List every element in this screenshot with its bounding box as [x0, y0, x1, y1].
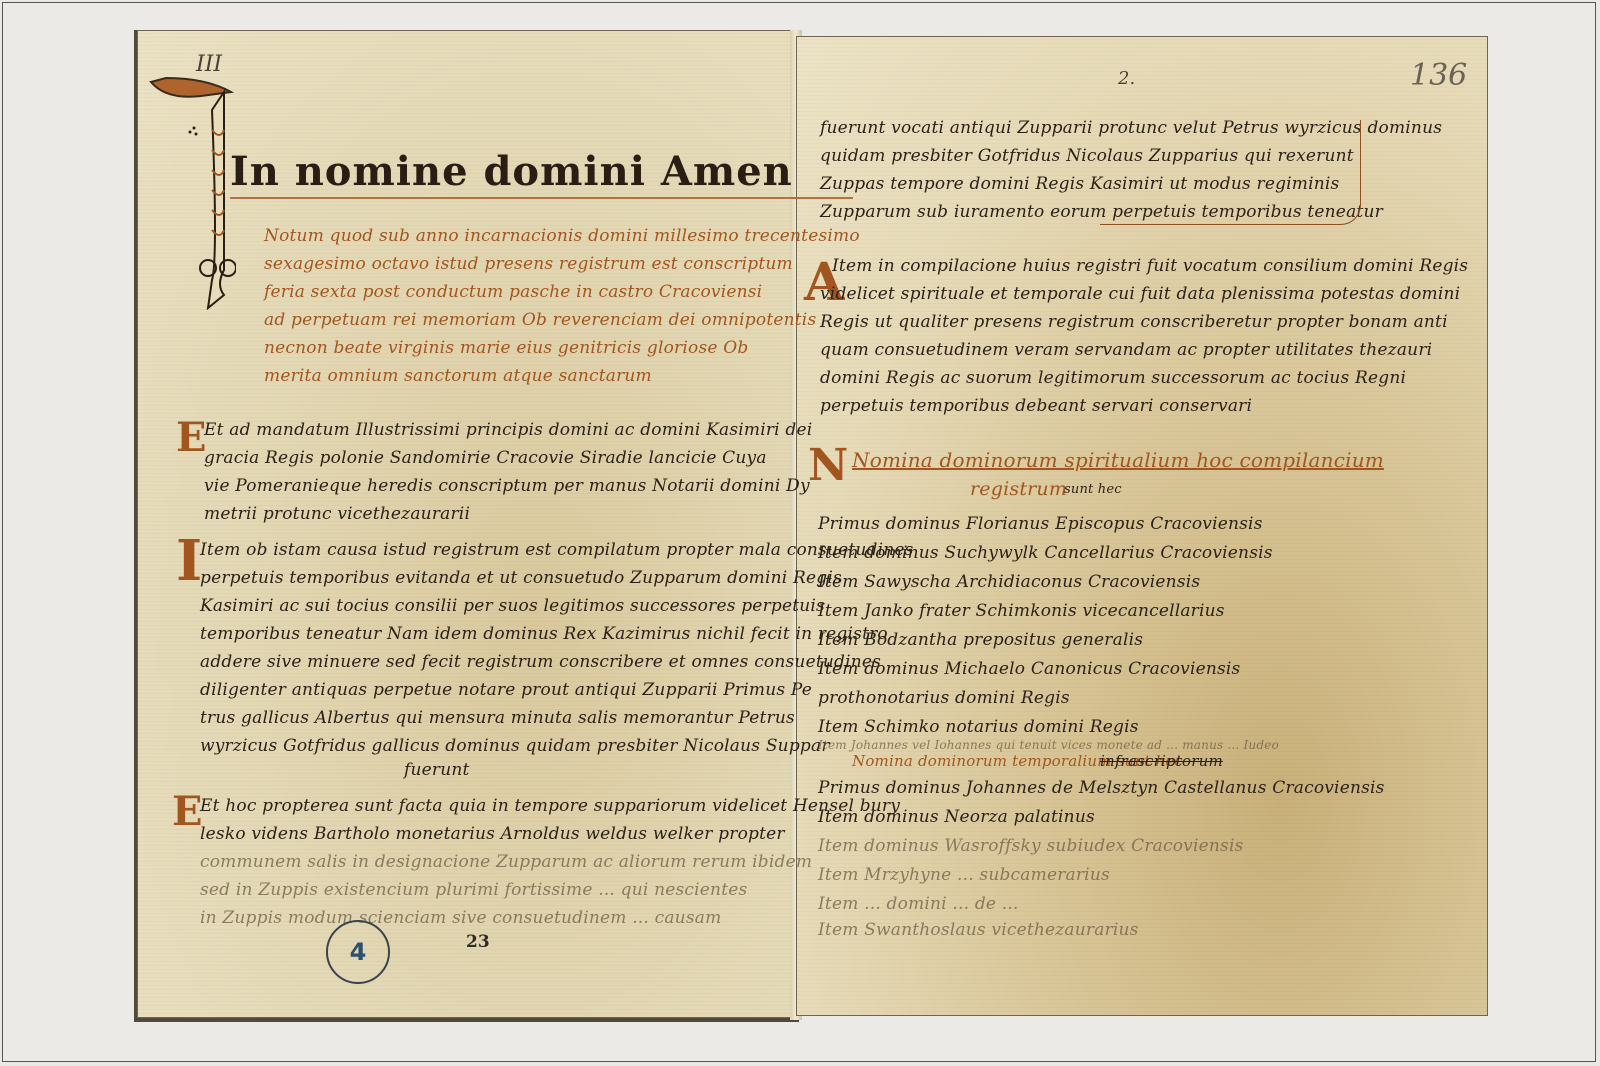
text-line: sed in Zuppis existencium plurimi fortis… [200, 880, 747, 900]
rubricated-initial-E: E [176, 414, 207, 461]
list-item: Primus dominus Florianus Episcopus Craco… [818, 514, 1263, 534]
text-line: necnon beate virginis marie eius genitri… [264, 338, 748, 358]
text-line: fuerunt [404, 760, 470, 780]
struck-word: infrascriptorum [1100, 752, 1223, 770]
text-line: lesko videns Bartholo monetarius Arnoldu… [200, 824, 785, 844]
rubricated-initial-E: E [172, 788, 203, 835]
text-line: Et hoc propterea sunt facta quia in temp… [200, 796, 900, 816]
text-line: Et ad mandatum Illustrissimi principis d… [204, 420, 812, 440]
stamp-mark: 4 [350, 938, 367, 966]
spiritual-heading-suffix: sunt hec [1064, 482, 1122, 497]
text-line: trus gallicus Albertus qui mensura minut… [200, 708, 795, 728]
text-line: quam consuetudinem veram servandam ac pr… [820, 340, 1432, 360]
text-line: perpetuis temporibus evitanda et ut cons… [200, 568, 842, 588]
list-item: Item Bodzantha prepositus generalis [818, 630, 1143, 650]
text-line: Item in compilacione huius registri fuit… [832, 256, 1468, 276]
text-line: merita omnium sanctorum atque sanctarum [264, 366, 652, 386]
list-item: Item dominus Suchywylk Cancellarius Crac… [818, 543, 1273, 563]
list-item: Item Janko frater Schimkonis vicecancell… [818, 601, 1225, 621]
folio-number: 136 [1410, 58, 1467, 93]
text-line: diligenter antiquas perpetue notare prou… [200, 680, 812, 700]
text-line: perpetuis temporibus debeant servari con… [820, 396, 1252, 416]
invocation-heading: In nomine domini Amen [230, 148, 853, 199]
text-line: Kasimiri ac sui tocius consilii per suos… [200, 596, 825, 616]
list-item: Item Mrzyhyne ... subcamerarius [818, 865, 1110, 885]
text-line: Item ob istam causa istud registrum est … [200, 540, 914, 560]
list-item: Item dominus Wasroffsky subiudex Cracovi… [818, 836, 1244, 856]
library-stamp: 4 [326, 920, 390, 984]
list-item: Item Sawyscha Archidiaconus Cracoviensis [818, 572, 1200, 592]
list-item: Item Schimko notarius domini Regis [818, 717, 1139, 737]
text-line: wyrzicus Gotfridus gallicus dominus quid… [200, 736, 830, 756]
text-line: temporibus teneatur Nam idem dominus Rex… [200, 624, 888, 644]
text-line: metrii protunc vicethezaurarii [204, 504, 470, 524]
list-item: Primus dominus Johannes de Melsztyn Cast… [818, 778, 1385, 798]
spiritual-heading: Nomina dominorum spiritualium hoc compil… [852, 448, 1384, 472]
text-line: in Zuppis modum scienciam sive consuetud… [200, 908, 721, 928]
text-line: ad perpetuam rei memoriam Ob reverenciam… [264, 310, 816, 330]
page-number: 23 [466, 932, 490, 952]
text-line: vie Pomeranieque heredis conscriptum per… [204, 476, 810, 496]
list-item: prothonotarius domini Regis [818, 688, 1070, 708]
list-item: Item Swanthoslaus vicethezaurarius [818, 920, 1139, 940]
text-line: videlicet spirituale et temporale cui fu… [820, 284, 1460, 304]
text-line: communem salis in designacione Zupparum … [200, 852, 812, 872]
text-line: Notum quod sub anno incarnacionis domini… [264, 226, 860, 246]
marginal-note: 2. [1118, 68, 1135, 89]
text-line: feria sexta post conductum pasche in cas… [264, 282, 762, 302]
list-item: Item ... domini ... de ... [818, 894, 1019, 914]
decorated-initial-I-icon [146, 70, 236, 310]
text-line: Regis ut qualiter presens registrum cons… [820, 312, 1448, 332]
paragraph-bracket [1100, 120, 1361, 225]
text-line: gracia Regis polonie Sandomirie Cracovie… [204, 448, 767, 468]
spiritual-heading-line2: registrum [970, 478, 1067, 500]
list-item: Item dominus Neorza palatinus [818, 807, 1095, 827]
text-line: domini Regis ac suorum legitimorum succe… [820, 368, 1406, 388]
interlinear-note: Item Johannes vel Iohannes qui tenuit vi… [818, 738, 1279, 752]
rubricated-initial-I: I [176, 528, 202, 594]
text-line: sexagesimo octavo istud presens registru… [264, 254, 793, 274]
text-line: addere sive minuere sed fecit registrum … [200, 652, 881, 672]
rubricated-initial-N: N [808, 440, 848, 491]
list-item: Item dominus Michaelo Canonicus Cracovie… [818, 659, 1241, 679]
